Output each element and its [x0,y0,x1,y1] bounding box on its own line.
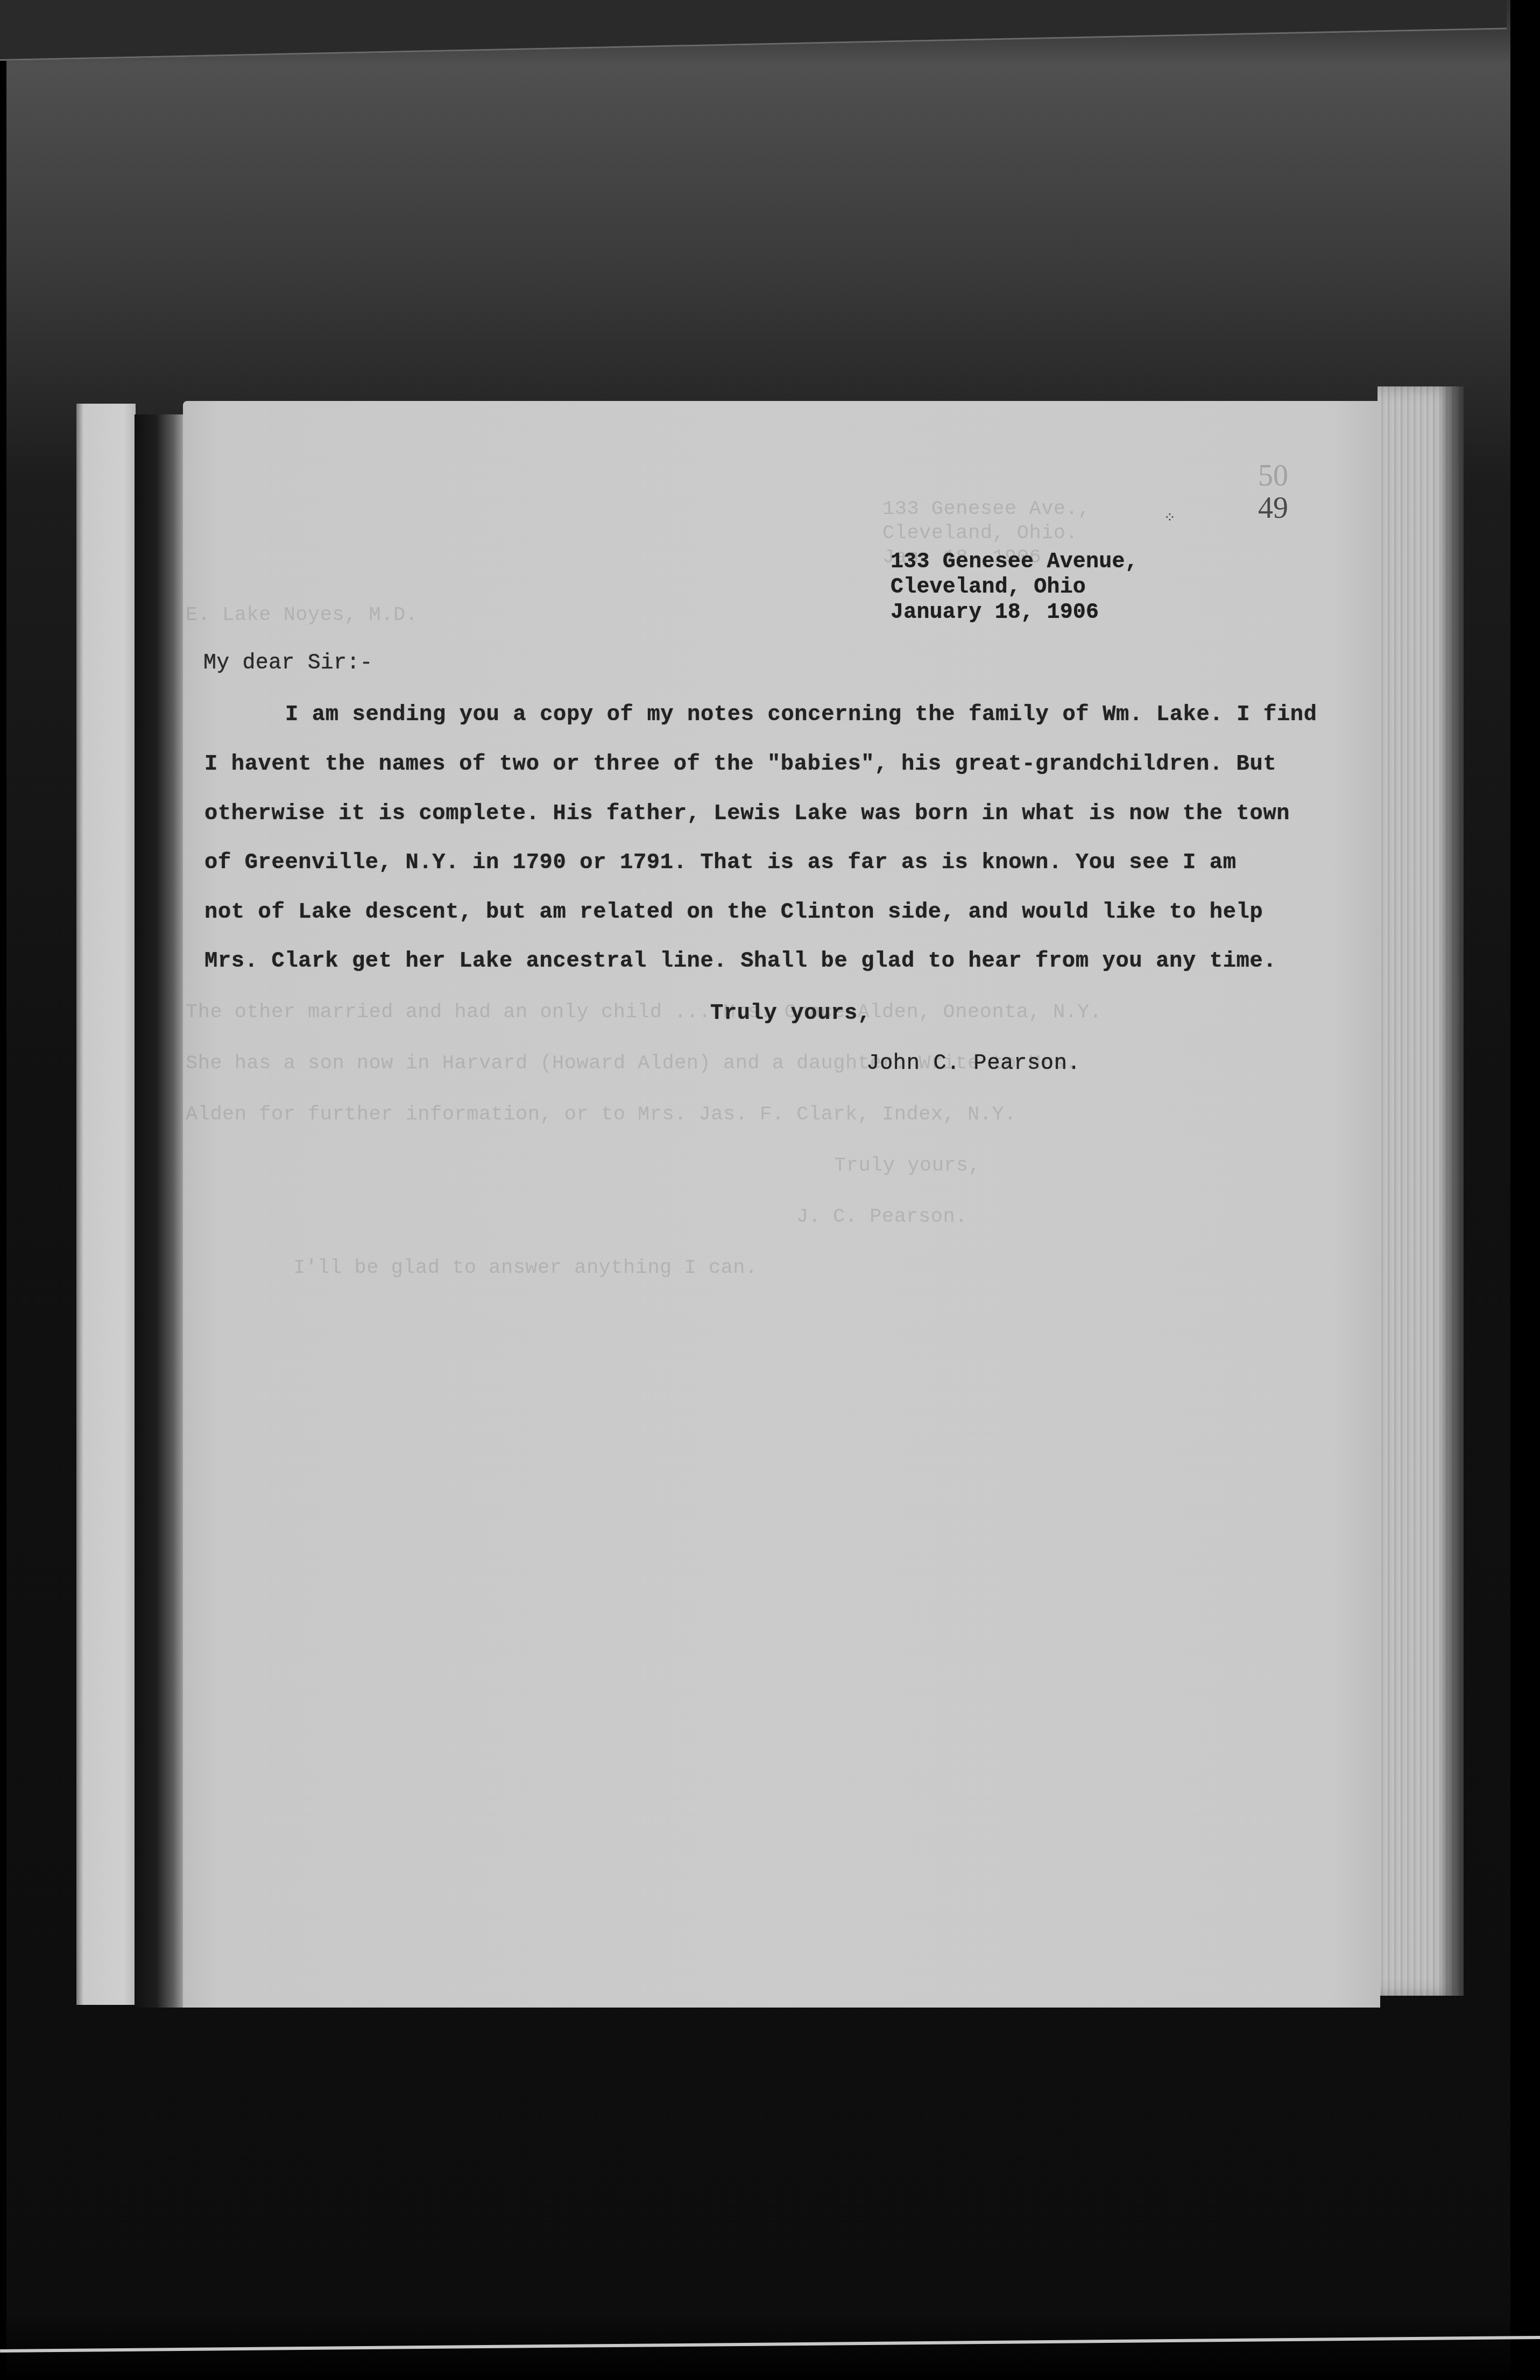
closing: Truly yours, [710,1001,871,1026]
book-gutter [135,414,183,2008]
ghost-address-line-1: 133 Genesee Ave., [882,498,1090,520]
body-line-1: I am sending you a copy of my notes conc… [285,702,1317,727]
ghost-closing: Truly yours, [834,1154,980,1177]
body-line-4: of Greenville, N.Y. in 1790 or 1791. Tha… [204,850,1237,875]
ghost-line-3: Alden for further information, or to Mrs… [186,1103,1016,1126]
page-number-old: 50 [1258,459,1288,493]
page-number: 49 [1258,491,1288,525]
ghost-address-line-2: Cleveland, Ohio. [882,522,1078,545]
body-line-3: otherwise it is complete. His father, Le… [204,801,1290,826]
letter-page [183,401,1380,2008]
ghost-postscript: I'll be glad to answer anything I can. [293,1257,758,1279]
page-stack-edge [1377,386,1464,1996]
ink-smudge-mark: ⁘ [1164,510,1171,524]
return-address-street: 133 Genesee Avenue, [891,550,1138,574]
salutation: My dear Sir:- [203,651,373,675]
film-top-band [0,0,1507,61]
body-line-2: I havent the names of two or three of th… [204,752,1276,777]
left-page-edge [76,404,136,2005]
ghost-recipient: E. Lake Noyes, M.D. [186,604,418,626]
film-right-edge [1510,0,1540,2380]
ghost-signature: J. C. Pearson. [796,1206,967,1228]
letter-date: January 18, 1906 [891,601,1099,625]
return-address-city: Cleveland, Ohio [891,575,1086,600]
film-bottom-line [0,2336,1540,2353]
body-line-6: Mrs. Clark get her Lake ancestral line. … [204,949,1276,974]
ghost-line-1: The other married and had an only child … [186,1001,1102,1024]
film-left-edge [0,0,6,2380]
signature: John C. Pearson. [866,1051,1080,1076]
body-line-5: not of Lake descent, but am related on t… [204,900,1263,925]
